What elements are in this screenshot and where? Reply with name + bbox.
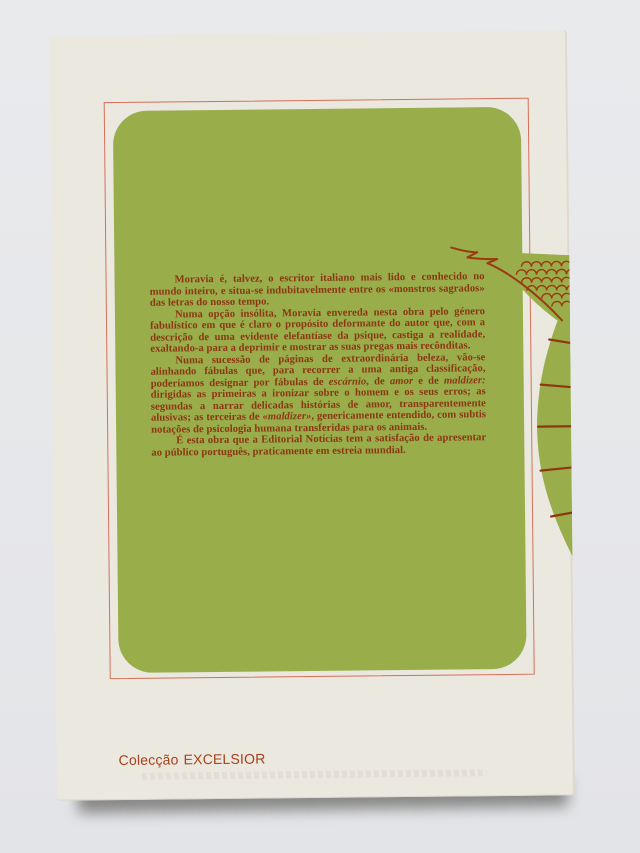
blurb-text: Moravia é, talvez, o escritor italiano m… [150,271,485,309]
blurb-paragraph-2: Numa opção insólita, Moravia envereda ne… [150,306,485,356]
series-name: EXCELSIOR [183,751,265,768]
series-prefix: Colecção [119,751,179,768]
blurb-text: e de [413,375,444,386]
blurb-paragraph-3: Numa sucessão de páginas de extraordinár… [150,352,486,436]
back-cover-blurb: Moravia é, talvez, o escritor italiano m… [150,271,487,458]
blurb-italic-term: amor [390,375,413,386]
bleed-through-band [142,769,487,780]
blurb-text: Numa opção insólita, Moravia envereda ne… [150,306,485,355]
blurb-italic-term: maldizer: [444,375,486,386]
blurb-text: É esta obra que a Editorial Notícias tem… [151,432,486,458]
blurb-italic-term: «maldizer» [263,411,312,423]
blurb-text: , de [366,376,390,387]
blurb-paragraph-1: Moravia é, talvez, o escritor italiano m… [150,271,485,309]
series-label: ColecçãoEXCELSIOR [119,751,266,769]
blurb-italic-term: escárnio [329,376,367,387]
book-back-cover: Moravia é, talvez, o escritor italiano m… [49,30,575,800]
blurb-paragraph-4: É esta obra que a Editorial Notícias tem… [151,432,486,459]
